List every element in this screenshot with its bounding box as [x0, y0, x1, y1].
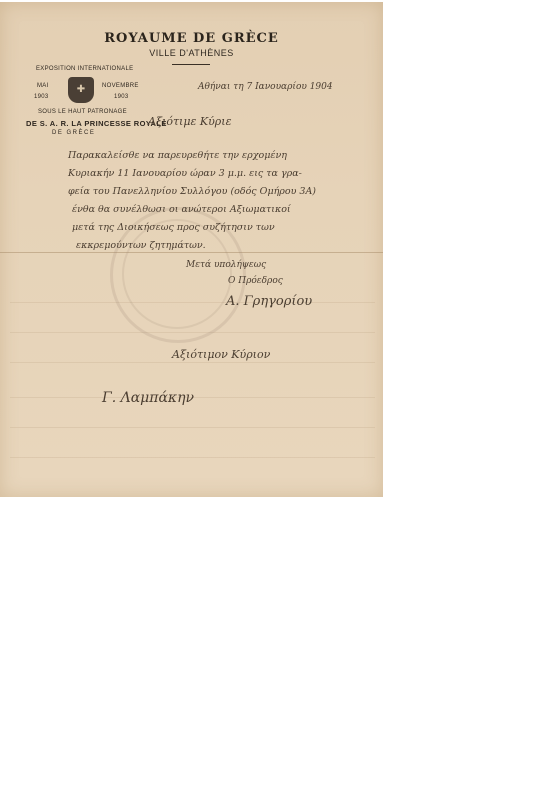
closing-title: Ο Πρόεδρος	[228, 276, 283, 286]
ruled-line	[10, 457, 375, 458]
body-line: Παρακαλείσθε να παρευρεθήτε την ερχομένη	[68, 150, 287, 161]
year-end: 1903	[114, 94, 129, 100]
ruled-line	[10, 362, 375, 363]
date-line: Αθήναι τη 7 Ιανουαρίου 1904	[198, 82, 333, 92]
signature: Α. Γρηγορίου	[226, 294, 312, 309]
addressee-name: Γ. Λαμπάκην	[102, 390, 194, 406]
body-line: φεία του Πανελληνίου Συλλόγου (οδός Ομήρ…	[68, 186, 316, 197]
of-greece-label: DE GRÈCE	[52, 130, 95, 136]
coat-of-arms-icon: ✚	[68, 77, 94, 103]
salutation: Αξιότιμε Κύριε	[148, 115, 231, 128]
letterhead-underline	[172, 64, 210, 65]
letter-paper: ROYAUME DE GRÈCE VILLE D'ATHÈNES EXPOSIT…	[0, 2, 383, 497]
body-line: ένθα θα συνέλθωσι οι ανώτεροι Αξιωματικο…	[72, 204, 291, 215]
faint-stamp-inner	[122, 219, 232, 329]
letterhead-subtitle: VILLE D'ATHÈNES	[0, 48, 383, 58]
closing: Μετά υπολήψεως	[186, 260, 266, 270]
ruled-line	[10, 427, 375, 428]
body-line: Κυριακήν 11 Ιανουαρίου ώραν 3 μ.μ. εις τ…	[68, 168, 302, 179]
addressee: Αξιότιμον Κύριον	[172, 348, 270, 361]
patronage-label: SOUS LE HAUT PATRONAGE	[38, 109, 127, 115]
month-end: NOVEMBRE	[102, 83, 139, 89]
letterhead-title: ROYAUME DE GRÈCE	[0, 31, 383, 46]
exposition-label: EXPOSITION INTERNATIONALE	[36, 66, 133, 72]
body-line: μετά της Διοικήσεως προς συζήτησιν των	[72, 222, 275, 233]
body-line: εκκρεμούντων ζητημάτων.	[76, 240, 206, 251]
year-start: 1903	[34, 94, 49, 100]
princess-label: DE S. A. R. LA PRINCESSE ROYALE	[26, 119, 167, 128]
month-start: MAI	[37, 83, 49, 89]
